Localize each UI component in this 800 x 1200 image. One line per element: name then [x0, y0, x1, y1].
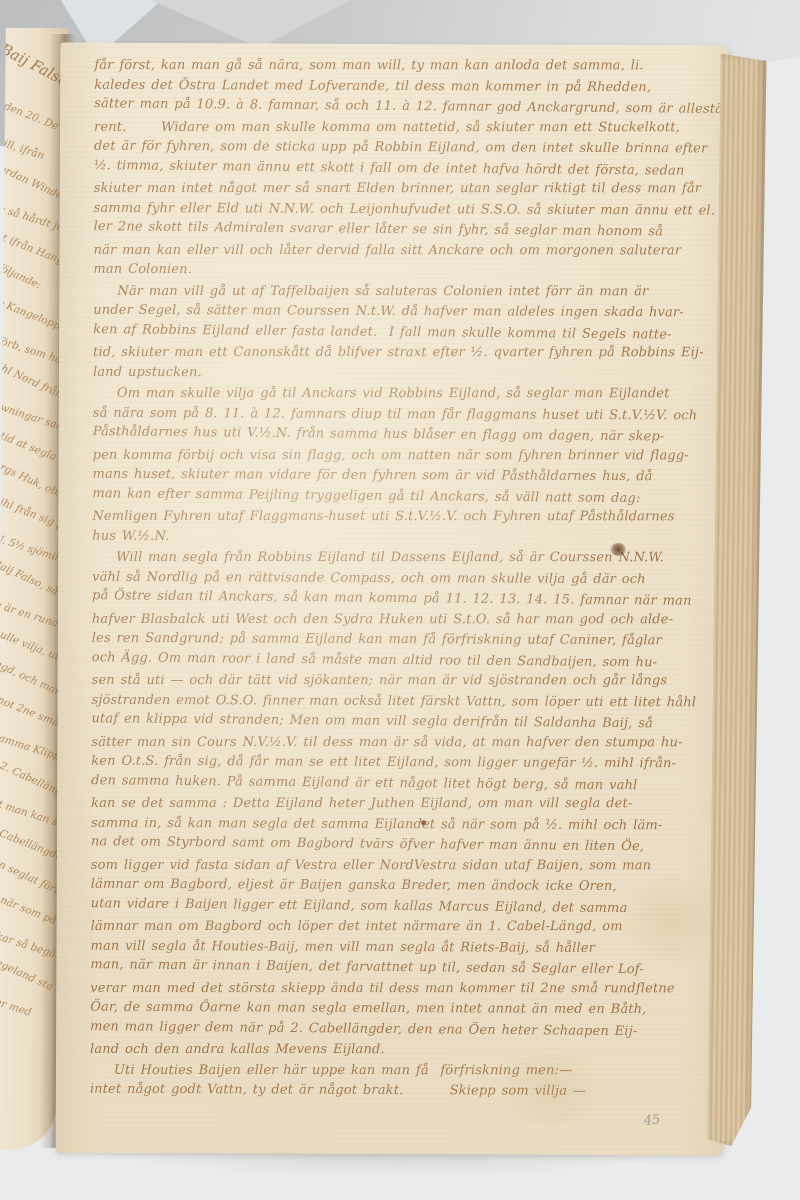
handwriting-line: land upstucken. — [93, 362, 728, 385]
handwriting-line: skiuter man intet något mer så snart Eld… — [94, 179, 729, 200]
foxing-stain — [486, 1054, 616, 1125]
handwriting-line: rent. Widare om man skulle komma om natt… — [94, 117, 728, 138]
handwriting-line: på Östre sidan til Anckars, så kan man k… — [92, 586, 729, 612]
handwriting-line: som ligger vid fasta sidan af Vestra ell… — [91, 855, 729, 876]
page-number: 45 — [643, 1112, 661, 1129]
handwriting-line: När man vill gå ut af Taffelbaijen så sa… — [93, 281, 728, 302]
handwriting-line: land och den andra kallas Mevens Eijland… — [90, 1040, 728, 1061]
paragraph: får först, kan man gå så nära, som man w… — [93, 55, 728, 283]
handwriting-line: Will man segla från Robbins Eijland til … — [92, 548, 728, 569]
paragraph: Will man segla från Robbins Eijland til … — [90, 547, 728, 1062]
handwriting-line: får först, kan man gå så nära, som man w… — [94, 56, 728, 77]
manuscript-page: får först, kan man gå så nära, som man w… — [56, 43, 729, 1156]
handwriting-line: pen komma förbij och visa sin flagg, och… — [93, 445, 729, 466]
handwriting-line: intet något godt Vattn, ty det är något … — [90, 1080, 729, 1103]
handwriting-line: hafver Blasbalck uti West och den Sydra … — [92, 609, 729, 630]
handwriting-line: kan se det samma : Detta Eijland heter J… — [91, 794, 728, 815]
paragraph: Uti Houties Baijen eller här uppe kan ma… — [90, 1059, 729, 1103]
handwriting-line: Nemligen Fyhren utaf Flaggmans-huset uti… — [92, 507, 728, 528]
handwriting-line: tid, skiuter man ett Canonskått då blifv… — [93, 343, 728, 364]
ink-stain — [610, 543, 626, 556]
handwriting-line: sen stå uti — och där tätt vid sjökanten… — [92, 671, 729, 692]
handwriting-line: Påsthåldarnes hus uti V.½.N. från samma … — [93, 422, 729, 448]
handwriting-line: utaf en klippa vid stranden; Men om man … — [91, 709, 728, 735]
paragraph: Om man skulle vilja gå til Anckars vid R… — [92, 383, 728, 550]
paragraph: När man vill gå ut af Taffelbaijen så sa… — [93, 280, 728, 385]
handwriting-line: Om man skulle vilja gå til Anckars vid R… — [93, 384, 729, 405]
manuscript-photo: Baij Falso il den 20. DeAprill, ifrånNor… — [0, 0, 800, 1200]
handwriting-line: man, när man är innan i Baijen, det farv… — [90, 955, 728, 981]
handwriting-line: na det om Styrbord samt om Bagbord tvärs… — [91, 832, 729, 858]
handwriting-line: verar man med det största skiepp ända ti… — [90, 978, 728, 999]
handwriting-line: Uti Houties Baijen eller här uppe kan ma… — [90, 1060, 728, 1081]
handwriting-line: sätter man på 10.9. à 8. famnar, så och … — [94, 94, 728, 120]
handwriting-line: när man kan eller vill och låter dervid … — [94, 240, 729, 261]
handwriting-line: ler 2ne skott tils Admiralen svarar elle… — [94, 217, 729, 243]
handwriting-line: hus W.½.N. — [92, 526, 728, 549]
ink-dot — [421, 820, 426, 825]
handwriting-line: man Colonien. — [93, 260, 728, 283]
handwriting-line: sätter man sin Cours N.V.½.V. til dess m… — [91, 732, 728, 753]
